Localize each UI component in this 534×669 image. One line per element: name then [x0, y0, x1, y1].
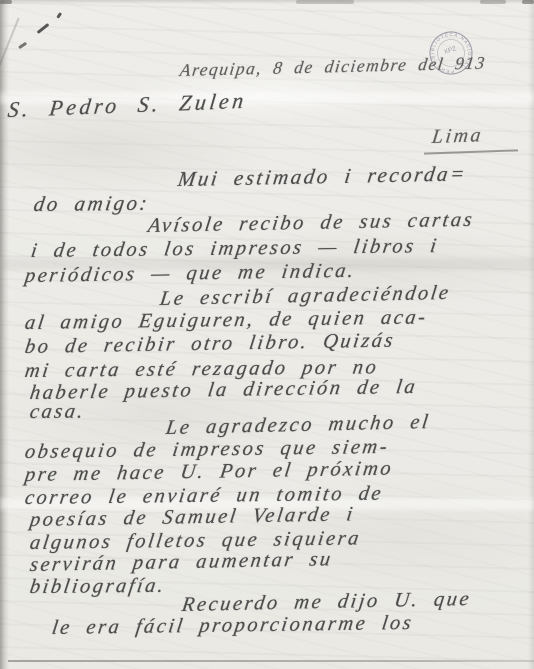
flourish-underline	[424, 149, 518, 154]
letter-line: Avísole recibo de sus cartas	[146, 209, 475, 238]
scan-artifact	[522, 0, 534, 4]
ink-mark	[37, 23, 50, 34]
scan-artifact	[480, 0, 506, 4]
letter-line: periódicos — que me indica.	[23, 260, 357, 288]
letter-line: casa.	[28, 401, 87, 425]
ink-mark	[56, 12, 61, 18]
letter-line: haberle puesto la dirección de la	[28, 376, 418, 405]
place-line: Lima	[431, 124, 485, 149]
scan-artifact	[0, 0, 12, 4]
paper-fold-line	[8, 660, 534, 662]
letter-line: le era fácil proporcionarme los	[50, 612, 415, 640]
scan-artifact	[296, 0, 354, 4]
paper-edge-shadow-top	[0, 0, 534, 4]
ink-mark	[18, 42, 27, 49]
scanned-letter-page: BIBLIOTECA NACIONAL - PERU - XPZ ~ Arequ…	[0, 0, 534, 669]
salutation-line: do amigo:	[32, 191, 151, 217]
letter-line: Le agradezco mucho el	[164, 411, 431, 440]
letter-line: servirán para aumentar su	[28, 548, 334, 577]
letter-line: bibliografía.	[28, 575, 167, 599]
salutation-line: Mui estimado i recorda=	[176, 161, 468, 192]
